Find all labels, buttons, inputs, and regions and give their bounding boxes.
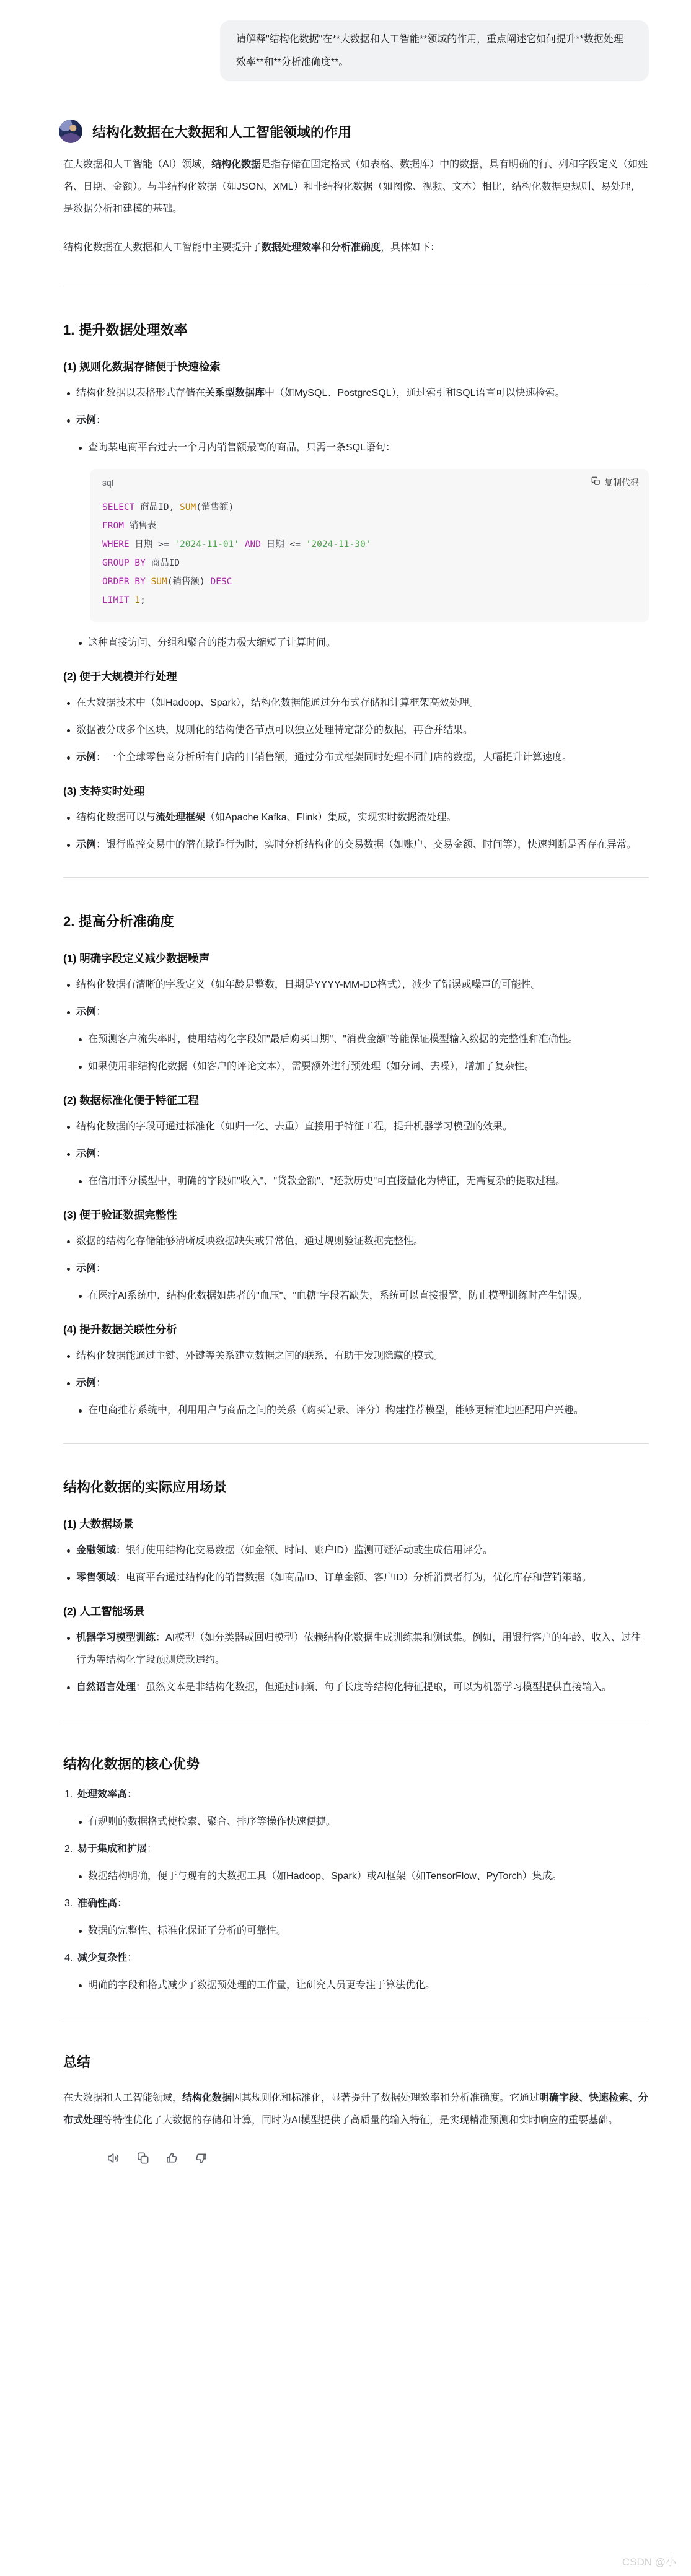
text-segment: 在信用评分模型中，明确的字段如"收入"、"贷款金额"、"还款历史"可直接量化为特… [88,1176,565,1186]
bullet-text: 在大数据技术中（如Hadoop、Spark），结构化数据能通过分布式存储和计算框… [76,692,649,714]
message-action-bar [105,2150,649,2166]
code-token: (销售额) [196,502,234,512]
bullet-dot [63,807,76,829]
text-segment: 结构化数据有清晰的字段定义（如年龄是整数，日期是YYYY-MM-DD格式），减少… [76,979,541,990]
chat-page: 请解释"结构化数据"在**大数据和人工智能**领域的作用，重点阐述它如何提升**… [0,0,691,2166]
list-item-text: 易于集成和扩展： [77,1838,649,1860]
bullet-text: 示例： [76,1258,649,1280]
text-segment: ： [127,1789,137,1800]
subsection-heading: (3) 支持实时处理 [63,784,649,799]
subsection-heading: (3) 便于验证数据完整性 [63,1207,649,1223]
paragraph: 在大数据和人工智能领域，结构化数据因其规则化和标准化，显著提升了数据处理效率和分… [63,2087,649,2132]
bullet-item: 查询某电商平台过去一个月内销售额最高的商品，只需一条SQL语句： [75,437,649,459]
text-segment: 查询某电商平台过去一个月内销售额最高的商品，只需一条SQL语句： [88,442,395,453]
bullet-item: 在信用评分模型中，明确的字段如"收入"、"贷款金额"、"还款历史"可直接量化为特… [75,1170,649,1193]
bullet-dot [63,1567,76,1589]
text-segment: （如Apache Kafka、Flink）集成，实现实时数据流处理。 [205,812,456,823]
code-token: SELECT [102,502,134,512]
text-segment: 在大数据和人工智能（AI）领域， [63,159,211,170]
text-segment: ： [127,1953,137,1963]
text-segment: 零售领域 [76,1572,116,1583]
bullet-item: 这种直接访问、分组和聚合的能力极大缩短了计算时间。 [75,632,649,654]
text-segment: 流处理框架 [156,812,205,823]
bullet-item: 示例： [63,1372,649,1395]
bullet-item: 在大数据技术中（如Hadoop、Spark），结构化数据能通过分布式存储和计算框… [63,692,649,714]
bullet-text: 示例：一个全球零售商分析所有门店的日销售额，通过分布式框架同时处理不同门店的数据… [76,747,649,769]
text-segment: 自然语言处理 [76,1682,136,1693]
thumbs-down-button[interactable] [193,2150,209,2166]
bullet-text: 示例： [76,1372,649,1395]
bullet-dot [63,719,76,742]
text-segment: 数据结构明确，便于与现有的大数据工具（如Hadoop、Spark）或AI框架（如… [88,1871,562,1882]
text-segment: 这种直接访问、分组和聚合的能力极大缩短了计算时间。 [88,637,336,648]
bullet-dot [75,1974,88,1997]
code-line: SELECT 商品ID, SUM(销售额) [102,498,636,517]
bullet-dot [63,410,76,432]
code-token: 日期 <= [261,540,306,550]
text-segment: 如果使用非结构化数据（如客户的评论文本），需要额外进行预处理（如分词、去噪），增… [88,1061,534,1072]
divider [63,1443,649,1444]
code-token [146,577,151,587]
text-segment: 数据的完整性、标准化保证了分析的可靠性。 [88,1925,286,1936]
code-token: 商品ID, [134,502,180,512]
text-segment: 明确的字段和格式减少了数据预处理的工作量，让研究人员更专注于算法优化。 [88,1980,435,1991]
bullet-dot [75,1811,88,1833]
bullet-text: 有规则的数据格式使检索、聚合、排序等操作快速便捷。 [88,1811,649,1833]
bullet-item: 结构化数据有清晰的字段定义（如年龄是整数，日期是YYYY-MM-DD格式），减少… [63,974,649,996]
code-token: 销售表 [124,521,156,531]
bullet-dot [63,834,76,856]
text-segment: 示例 [76,1149,96,1159]
text-segment: ： [96,1263,106,1274]
bullet-item: 结构化数据能通过主键、外键等关系建立数据之间的联系，有助于发现隐藏的模式。 [63,1345,649,1367]
code-token: LIMIT [102,595,130,605]
bullet-dot [63,1258,76,1280]
bullet-dot [63,382,76,405]
code-token: 日期 >= [130,540,175,550]
text-segment: ： [96,415,106,426]
bullet-item: 数据结构明确，便于与现有的大数据工具（如Hadoop、Spark）或AI框架（如… [75,1865,649,1888]
copy-code-label: 复制代码 [604,476,639,489]
user-message-row: 请解释"结构化数据"在**大数据和人工智能**领域的作用，重点阐述它如何提升**… [63,20,649,81]
text-segment: 处理效率高 [77,1789,127,1800]
bullet-text: 结构化数据以表格形式存储在关系型数据库中（如MySQL、PostgreSQL），… [76,382,649,405]
text-segment: 结构化数据 [211,159,261,170]
bullet-text: 数据结构明确，便于与现有的大数据工具（如Hadoop、Spark）或AI框架（如… [88,1865,649,1888]
ordered-list-item: 3.准确性高： [63,1893,649,1915]
subsection-heading: (2) 便于大规模并行处理 [63,669,649,685]
bullet-dot [63,1627,76,1671]
bullet-item: 在电商推荐系统中，利用用户与商品之间的关系（购买记录、评分）构建推荐模型，能够更… [75,1400,649,1422]
bullet-text: 在预测客户流失率时，使用结构化字段如"最后购买日期"、"消费金额"等能保证模型输… [88,1028,649,1051]
section-heading: 结构化数据的实际应用场景 [63,1478,649,1497]
code-token: AND [245,540,261,550]
subsection-heading: (1) 规则化数据存储便于快速检索 [63,359,649,375]
list-item-text: 准确性高： [77,1893,649,1915]
text-segment: 和 [321,242,331,253]
bullet-item: 机器学习模型训练：AI模型（如分类器或回归模型）依赖结构化数据生成训练集和测试集… [63,1627,649,1671]
bullet-text: 数据的结构化存储能够清晰反映数据缺失或异常值，通过规则验证数据完整性。 [76,1230,649,1253]
text-segment: 数据处理效率 [262,242,321,253]
text-segment: 结构化数据可以与 [76,812,156,823]
text-segment: 准确性高 [77,1898,117,1909]
ordered-list-item: 4.减少复杂性： [63,1947,649,1969]
bullet-item: 示例： [63,1001,649,1023]
bullet-text: 明确的字段和格式减少了数据预处理的工作量，让研究人员更专注于算法优化。 [88,1974,649,1997]
bullet-item: 如果使用非结构化数据（如客户的评论文本），需要额外进行预处理（如分词、去噪），增… [75,1056,649,1078]
subsection-heading: (4) 提升数据关联性分析 [63,1322,649,1338]
text-segment: 减少复杂性 [77,1953,127,1963]
bullet-text: 结构化数据的字段可通过标准化（如归一化、去重）直接用于特征工程，提升机器学习模型… [76,1116,649,1138]
text-segment: 数据的结构化存储能够清晰反映数据缺失或异常值，通过规则验证数据完整性。 [76,1236,423,1246]
code-token: ORDER BY [102,577,146,587]
bullet-text: 零售领域：电商平台通过结构化的销售数据（如商品ID、订单金额、客户ID）分析消费… [76,1567,649,1589]
code-token: ; [140,595,146,605]
code-header: sql复制代码 [90,469,649,489]
code-line: WHERE 日期 >= '2024-11-01' AND 日期 <= '2024… [102,535,636,554]
code-line: FROM 销售表 [102,517,636,535]
text-segment: 有规则的数据格式使检索、聚合、排序等操作快速便捷。 [88,1816,336,1827]
text-segment: ：电商平台通过结构化的销售数据（如商品ID、订单金额、客户ID）分析消费者行为，… [116,1572,592,1583]
bullet-dot [63,1143,76,1165]
bullet-item: 结构化数据的字段可通过标准化（如归一化、去重）直接用于特征工程，提升机器学习模型… [63,1116,649,1138]
code-token: SUM [151,577,167,587]
assistant-avatar [59,120,82,143]
bullet-item: 示例：一个全球零售商分析所有门店的日销售额，通过分布式框架同时处理不同门店的数据… [63,747,649,769]
bullet-text: 这种直接访问、分组和聚合的能力极大缩短了计算时间。 [88,632,649,654]
text-segment: 在预测客户流失率时，使用结构化字段如"最后购买日期"、"消费金额"等能保证模型输… [88,1034,578,1045]
bullet-dot [63,1372,76,1395]
assistant-header: 结构化数据在大数据和人工智能领域的作用 [59,120,649,143]
text-segment: 示例 [76,839,96,850]
paragraph: 在大数据和人工智能（AI）领域，结构化数据是指存储在固定格式（如表格、数据库）中… [63,154,649,221]
paragraph: 结构化数据在大数据和人工智能中主要提升了数据处理效率和分析准确度，具体如下： [63,237,649,259]
code-token: SUM [180,502,196,512]
list-item-text: 处理效率高： [77,1784,649,1806]
bullet-dot [75,632,88,654]
bullet-dot [63,1345,76,1367]
text-segment: 分析准确度 [331,242,381,253]
bullet-dot [75,1170,88,1193]
list-number: 4. [63,1947,77,1969]
text-segment: 在大数据技术中（如Hadoop、Spark），结构化数据能通过分布式存储和计算框… [76,698,479,708]
subsection-heading: (1) 明确字段定义减少数据噪声 [63,951,649,966]
text-segment: ：银行使用结构化交易数据（如金额、时间、账户ID）监测可疑活动或生成信用评分。 [116,1545,493,1556]
assistant-message-body: 在大数据和人工智能（AI）领域，结构化数据是指存储在固定格式（如表格、数据库）中… [63,146,649,2140]
bullet-text: 在电商推荐系统中，利用用户与商品之间的关系（购买记录、评分）构建推荐模型，能够更… [88,1400,649,1422]
text-segment: ：虽然文本是非结构化数据，但通过词频、句子长度等结构化特征提取，可以为机器学习模… [136,1682,612,1693]
bullet-item: 结构化数据可以与流处理框架（如Apache Kafka、Flink）集成，实现实… [63,807,649,829]
bullet-dot [75,1920,88,1942]
code-token: '2024-11-01' [174,540,239,550]
text-segment: 结构化数据 [182,2093,232,2103]
bullet-text: 示例： [76,410,649,432]
bullet-text: 机器学习模型训练：AI模型（如分类器或回归模型）依赖结构化数据生成训练集和测试集… [76,1627,649,1671]
bullet-text: 结构化数据可以与流处理框架（如Apache Kafka、Flink）集成，实现实… [76,807,649,829]
code-token: 1 [134,595,140,605]
bullet-item: 示例：银行监控交易中的潜在欺诈行为时，实时分析结构化的交易数据（如账户、交易金额… [63,834,649,856]
bullet-item: 在医疗AI系统中，结构化数据如患者的"血压"、"血糖"字段若缺失，系统可以直接报… [75,1285,649,1307]
code-token: FROM [102,521,124,531]
code-line: LIMIT 1; [102,591,636,610]
bullet-item: 示例： [63,1258,649,1280]
code-token: WHERE [102,540,130,550]
bullet-dot [75,1865,88,1888]
text-segment: ： [96,1149,106,1159]
text-segment: 易于集成和扩展 [77,1844,147,1854]
text-segment: ： [96,1378,106,1388]
bullet-dot [75,1400,88,1422]
divider [63,286,649,286]
code-line: ORDER BY SUM(销售额) DESC [102,572,636,591]
bullet-text: 示例： [76,1143,649,1165]
text-segment: 因其规则化和标准化，显著提升了数据处理效率和分析准确度。它通过 [232,2093,539,2103]
bullet-item: 明确的字段和格式减少了数据预处理的工作量，让研究人员更专注于算法优化。 [75,1974,649,1997]
code-token: 商品ID [146,558,180,568]
code-line: GROUP BY 商品ID [102,554,636,572]
bullet-text: 如果使用非结构化数据（如客户的评论文本），需要额外进行预处理（如分词、去噪），增… [88,1056,649,1078]
text-segment: 示例 [76,415,96,426]
subsection-heading: (1) 大数据场景 [63,1517,649,1532]
code-token: (销售额) [167,577,211,587]
bullet-dot [75,1056,88,1078]
text-segment: 示例 [76,1007,96,1017]
text-segment: 关系型数据库 [205,388,265,398]
thumbs-down-icon [194,2158,208,2167]
bullet-dot [75,437,88,459]
bullet-text: 示例： [76,1001,649,1023]
bullet-item: 数据被分成多个区块，规则化的结构使各节点可以独立处理特定部分的数据，再合并结果。 [63,719,649,742]
text-segment: ：银行监控交易中的潜在欺诈行为时，实时分析结构化的交易数据（如账户、交易金额、时… [96,839,636,850]
bullet-item: 自然语言处理：虽然文本是非结构化数据，但通过词频、句子长度等结构化特征提取，可以… [63,1676,649,1699]
bullet-dot [63,1116,76,1138]
speaker-icon [107,2158,121,2167]
text-segment: 结构化数据的字段可通过标准化（如归一化、去重）直接用于特征工程，提升机器学习模型… [76,1121,513,1132]
bullet-item: 示例： [63,1143,649,1165]
user-message-bubble: 请解释"结构化数据"在**大数据和人工智能**领域的作用，重点阐述它如何提升**… [220,20,649,81]
bullet-text: 示例：银行监控交易中的潜在欺诈行为时，实时分析结构化的交易数据（如账户、交易金额… [76,834,649,856]
text-segment: 等特性优化了大数据的存储和计算，同时为AI模型提供了高质量的输入特征，是实现精准… [103,2115,618,2126]
bullet-item: 数据的结构化存储能够清晰反映数据缺失或异常值，通过规则验证数据完整性。 [63,1230,649,1253]
bullet-text: 数据被分成多个区块，规则化的结构使各节点可以独立处理特定部分的数据，再合并结果。 [76,719,649,742]
bullet-text: 数据的完整性、标准化保证了分析的可靠性。 [88,1920,649,1942]
divider [63,2018,649,2018]
thumbs-up-button[interactable] [164,2150,180,2166]
bullet-item: 金融领域：银行使用结构化交易数据（如金额、时间、账户ID）监测可疑活动或生成信用… [63,1540,649,1562]
bullet-item: 在预测客户流失率时，使用结构化字段如"最后购买日期"、"消费金额"等能保证模型输… [75,1028,649,1051]
text-segment: ，具体如下： [381,242,440,253]
bullet-text: 在医疗AI系统中，结构化数据如患者的"血压"、"血糖"字段若缺失，系统可以直接报… [88,1285,649,1307]
assistant-title: 结构化数据在大数据和人工智能领域的作用 [92,122,351,141]
list-number: 1. [63,1784,77,1806]
bullet-dot [63,1001,76,1023]
user-message-text: 请解释"结构化数据"在**大数据和人工智能**领域的作用，重点阐述它如何提升**… [236,34,623,68]
text-segment: 机器学习模型训练 [76,1632,156,1643]
bullet-dot [63,1230,76,1253]
bullet-text: 结构化数据能通过主键、外键等关系建立数据之间的联系，有助于发现隐藏的模式。 [76,1345,649,1367]
text-segment: ： [147,1844,157,1854]
ordered-list-item: 1.处理效率高： [63,1784,649,1806]
text-segment: ：一个全球零售商分析所有门店的日销售额，通过分布式框架同时处理不同门店的数据，大… [96,752,572,763]
text-segment: 示例 [76,752,96,763]
bullet-item: 有规则的数据格式使检索、聚合、排序等操作快速便捷。 [75,1811,649,1833]
bullet-text: 在信用评分模型中，明确的字段如"收入"、"贷款金额"、"还款历史"可直接量化为特… [88,1170,649,1193]
code-content: SELECT 商品ID, SUM(销售额)FROM 销售表WHERE 日期 >=… [90,489,649,622]
text-segment: ： [96,1007,106,1017]
text-segment: ：AI模型（如分类器或回归模型）依赖结构化数据生成训练集和测试集。例如，用银行客… [76,1632,641,1665]
bullet-dot [75,1028,88,1051]
bullet-dot [75,1285,88,1307]
divider [63,1720,649,1720]
thumbs-up-icon [165,2158,179,2167]
code-token: '2024-11-30' [306,540,371,550]
subsection-heading: (2) 人工智能场景 [63,1604,649,1619]
section-heading: 总结 [63,2053,649,2072]
bullet-item: 示例： [63,410,649,432]
list-item-text: 减少复杂性： [77,1947,649,1969]
text-segment: 结构化数据以表格形式存储在 [76,388,205,398]
copy-icon [136,2158,150,2167]
copy-code-button[interactable]: 复制代码 [591,476,639,489]
bullet-dot [63,1540,76,1562]
code-language-label: sql [102,476,113,489]
text-segment: 示例 [76,1263,96,1274]
csdn-watermark: CSDN @小 [622,2553,676,2569]
text-segment: ： [117,1898,127,1909]
section-heading: 1. 提升数据处理效率 [63,321,649,340]
text-segment: 在大数据和人工智能领域， [63,2093,182,2103]
list-number: 3. [63,1893,77,1915]
read-aloud-button[interactable] [105,2150,122,2166]
code-block: sql复制代码SELECT 商品ID, SUM(销售额)FROM 销售表WHER… [90,469,649,622]
list-number: 2. [63,1838,77,1860]
section-heading: 结构化数据的核心优势 [63,1755,649,1774]
section-heading: 2. 提高分析准确度 [63,913,649,931]
bullet-dot [63,747,76,769]
bullet-text: 金融领域：银行使用结构化交易数据（如金额、时间、账户ID）监测可疑活动或生成信用… [76,1540,649,1562]
bullet-dot [63,692,76,714]
text-segment: 结构化数据能通过主键、外键等关系建立数据之间的联系，有助于发现隐藏的模式。 [76,1351,443,1361]
text-segment: 金融领域 [76,1545,116,1556]
text-segment: 结构化数据在大数据和人工智能中主要提升了 [63,242,262,253]
copy-icon [591,476,601,489]
bullet-text: 结构化数据有清晰的字段定义（如年龄是整数，日期是YYYY-MM-DD格式），减少… [76,974,649,996]
bullet-text: 查询某电商平台过去一个月内销售额最高的商品，只需一条SQL语句： [88,437,649,459]
bullet-dot [63,974,76,996]
copy-message-button[interactable] [134,2150,151,2166]
bullet-item: 数据的完整性、标准化保证了分析的可靠性。 [75,1920,649,1942]
code-token: GROUP BY [102,558,146,568]
code-token [239,540,245,550]
bullet-dot [63,1676,76,1699]
bullet-item: 结构化数据以表格形式存储在关系型数据库中（如MySQL、PostgreSQL），… [63,382,649,405]
subsection-heading: (2) 数据标准化便于特征工程 [63,1093,649,1108]
text-segment: 在电商推荐系统中，利用用户与商品之间的关系（购买记录、评分）构建推荐模型，能够更… [88,1405,584,1416]
bullet-text: 自然语言处理：虽然文本是非结构化数据，但通过词频、句子长度等结构化特征提取，可以… [76,1676,649,1699]
code-token: DESC [210,577,232,587]
text-segment: 中（如MySQL、PostgreSQL），通过索引和SQL语言可以快速检索。 [265,388,565,398]
text-segment: 数据被分成多个区块，规则化的结构使各节点可以独立处理特定部分的数据，再合并结果。 [76,725,473,735]
ordered-list-item: 2.易于集成和扩展： [63,1838,649,1860]
text-segment: 在医疗AI系统中，结构化数据如患者的"血压"、"血糖"字段若缺失，系统可以直接报… [88,1290,588,1301]
text-segment: 示例 [76,1378,96,1388]
bullet-item: 零售领域：电商平台通过结构化的销售数据（如商品ID、订单金额、客户ID）分析消费… [63,1567,649,1589]
divider [63,877,649,878]
